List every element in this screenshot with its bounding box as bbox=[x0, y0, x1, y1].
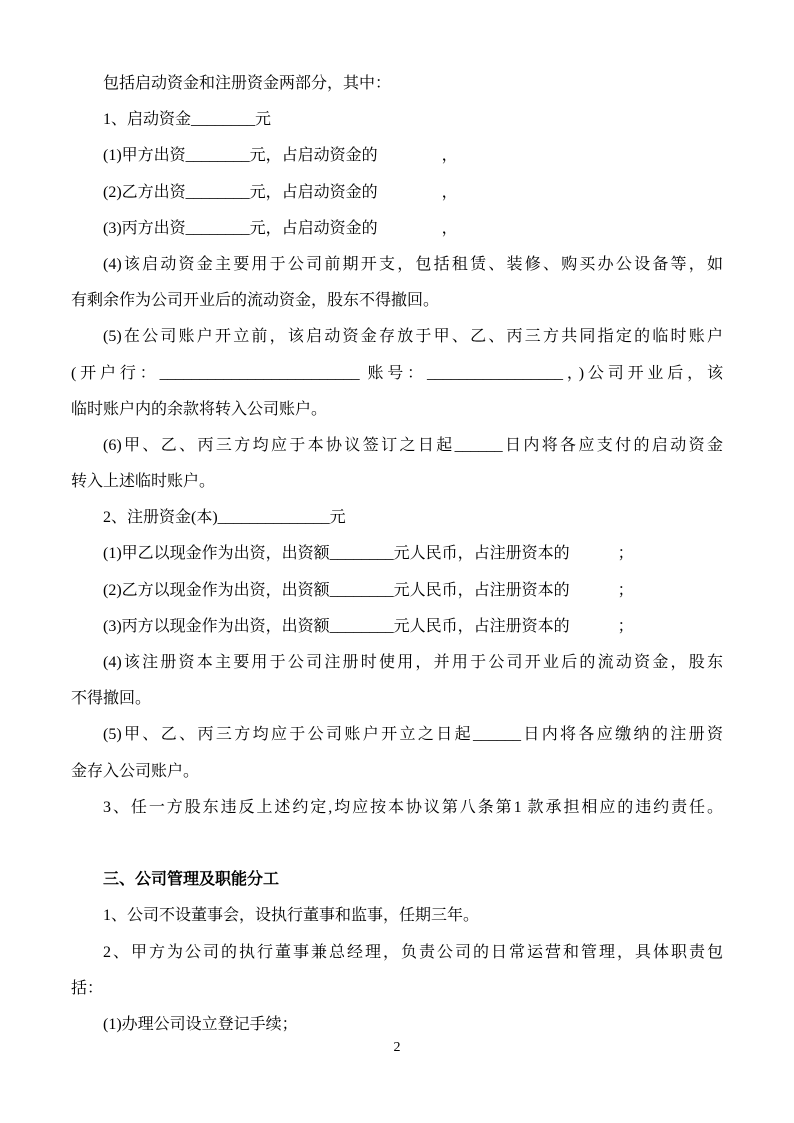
document-page: 包括启动资金和注册资金两部分，其中： 1、启动资金________元 (1)甲方… bbox=[0, 0, 794, 1123]
paragraph-line-registered-party-a: (1)甲乙以现金作为出资，出资额________元人民币，占注册资本的 ； bbox=[71, 536, 723, 572]
page-number: 2 bbox=[0, 1040, 794, 1056]
paragraph-line-registered-party-c: (3)丙方以现金作为出资，出资额________元人民币，占注册资本的 ； bbox=[71, 609, 723, 645]
section-heading-management: 三、公司管理及职能分工 bbox=[71, 862, 723, 898]
paragraph-line-registered-capital: 2、注册资金(本)______________元 bbox=[71, 500, 723, 536]
paragraph-line: 2、甲方为公司的执行董事兼总经理，负责公司的日常运营和管理，具体职责包 bbox=[71, 935, 723, 971]
paragraph-line-party-b-contribution: (2)乙方出资________元，占启动资金的 ， bbox=[71, 175, 723, 211]
paragraph-line-breach-liability: 3、任一方股东违反上述约定,均应按本协议第八条第1 款承担相应的违约责任。 bbox=[71, 790, 723, 826]
paragraph-line: (6)甲、乙、丙三方均应于本协议签订之日起______日内将各应支付的启动资金 bbox=[71, 428, 723, 464]
paragraph-line: 括： bbox=[71, 971, 723, 1007]
paragraph-line: 金存入公司账户。 bbox=[71, 754, 723, 790]
paragraph-line: 转入上述临时账户。 bbox=[71, 464, 723, 500]
paragraph-line: 有剩余作为公司开业后的流动资金，股东不得撤回。 bbox=[71, 283, 723, 319]
paragraph-line-party-c-contribution: (3)丙方出资________元，占启动资金的 ， bbox=[71, 211, 723, 247]
paragraph-line: 包括启动资金和注册资金两部分，其中： bbox=[71, 66, 723, 102]
paragraph-line: (4)该注册资本主要用于公司注册时使用，并用于公司开业后的流动资金，股东 bbox=[71, 645, 723, 681]
document-body: 包括启动资金和注册资金两部分，其中： 1、启动资金________元 (1)甲方… bbox=[71, 66, 723, 1043]
paragraph-line-registered-party-b: (2)乙方以现金作为出资，出资额________元人民币，占注册资本的 ； bbox=[71, 573, 723, 609]
paragraph-line-bank-account-blanks: (开户行：_________________________ 账号：______… bbox=[71, 356, 723, 392]
paragraph-line: 不得撤回。 bbox=[71, 681, 723, 717]
paragraph-line-no-board: 1、公司不设董事会，设执行董事和监事，任期三年。 bbox=[71, 898, 723, 934]
paragraph-line: 临时账户内的余款将转入公司账户。 bbox=[71, 392, 723, 428]
paragraph-line: (4)该启动资金主要用于公司前期开支，包括租赁、装修、购买办公设备等，如 bbox=[71, 247, 723, 283]
paragraph-line-registration-procedure: (1)办理公司设立登记手续； bbox=[71, 1007, 723, 1043]
paragraph-line: (5)甲、乙、丙三方均应于公司账户开立之日起______日内将各应缴纳的注册资 bbox=[71, 717, 723, 753]
paragraph-line-party-a-contribution: (1)甲方出资________元，占启动资金的 ， bbox=[71, 138, 723, 174]
blank-line bbox=[71, 826, 723, 862]
paragraph-line-startup-capital: 1、启动资金________元 bbox=[71, 102, 723, 138]
paragraph-line: (5)在公司账户开立前，该启动资金存放于甲、乙、丙三方共同指定的临时账户 bbox=[71, 319, 723, 355]
